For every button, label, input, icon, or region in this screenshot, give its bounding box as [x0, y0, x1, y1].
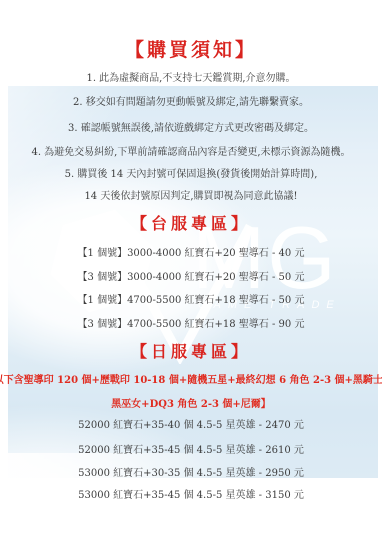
tw-price-row-3: 【1 個號】4700-5500 紅寶石+18 聖導石 - 50 元: [78, 294, 305, 307]
notice-item-1: 1. 此為虛擬商品,不支持七天鑑賞期,介意勿購。: [86, 72, 295, 85]
notice-item-5-cont: 14 天後依封號原因判定,購買即視為同意此協議!: [84, 190, 297, 203]
page-title: 【購買須知】: [125, 38, 257, 62]
jp-price-row-1: 52000 紅寶石+35-40 個 4.5-5 星英雄 - 2470 元: [78, 419, 304, 432]
notice-item-5: 5. 購買後 14 天內封號可保固退換(發貨後開始計算時間),: [65, 168, 318, 181]
jp-note-line-2: 黑巫女+DQ3 角色 2-3 個+尼爾】: [111, 398, 271, 411]
tw-price-row-4: 【3 個號】4700-5500 紅寶石+18 聖導石 - 90 元: [78, 318, 305, 331]
tw-section-title: 【台服專區】: [131, 214, 251, 234]
jp-section-title: 【日服專區】: [131, 342, 251, 362]
content-column: 【購買須知】 1. 此為虛擬商品,不支持七天鑑賞期,介意勿購。 2. 移交如有問…: [0, 0, 382, 540]
notice-item-4: 4. 為避免交易糾紛,下單前請確認商品內容是否變更,未標示資源為隨機。: [31, 146, 350, 159]
jp-price-row-2: 52000 紅寶石+35-45 個 4.5-5 星英雄 - 2610 元: [78, 444, 304, 457]
notice-item-2: 2. 移交如有問題請勿更動帳號及綁定,請先聯繫賣家。: [73, 96, 309, 109]
tw-price-row-2: 【3 個號】3000-4000 紅寶石+20 聖導石 - 50 元: [78, 271, 305, 284]
jp-price-row-3: 53000 紅寶石+30-35 個 4.5-5 星英雄 - 2950 元: [78, 467, 304, 480]
jp-note-line-1: 【以下含聖導印 120 個+歷戰印 10-18 個+隨機五星+最終幻想 6 角色…: [0, 374, 382, 387]
jp-price-row-4: 53000 紅寶石+35-45 個 4.5-5 星英雄 - 3150 元: [78, 489, 304, 502]
notice-item-3: 3. 確認帳號無誤後,請依遊戲綁定方式更改密碼及綁定。: [68, 122, 314, 135]
tw-price-row-1: 【1 個號】3000-4000 紅寶石+20 聖導石 - 40 元: [78, 247, 305, 260]
